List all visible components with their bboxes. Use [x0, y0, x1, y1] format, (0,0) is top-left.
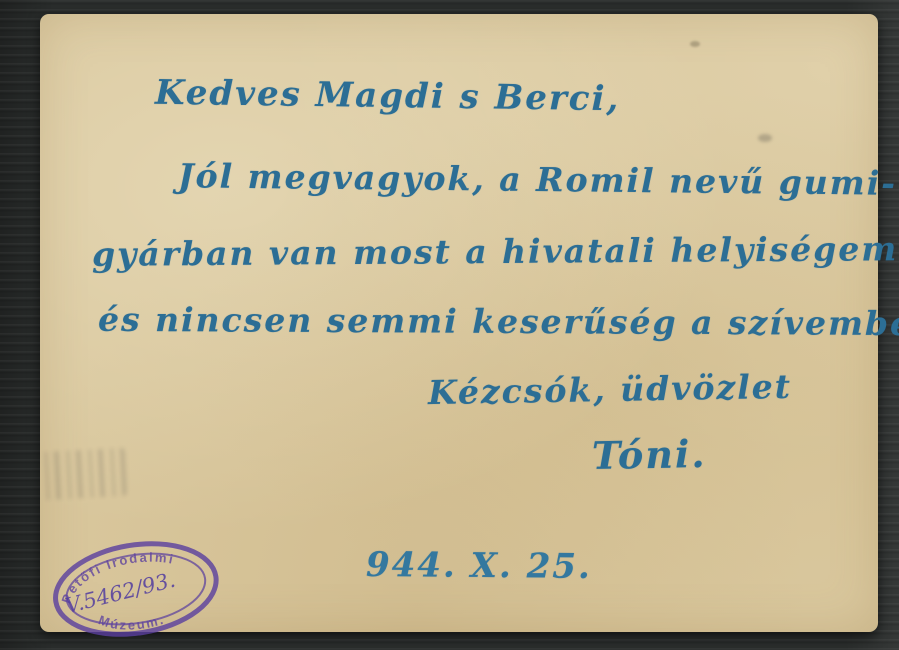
paper-speck	[690, 41, 700, 47]
ink-offset-smudge	[39, 448, 127, 500]
photo-background: Kedves Magdi s Berci, Jól megvagyok, a R…	[0, 0, 899, 650]
handwriting-line-2: Jól megvagyok, a Romil nevű gumi-	[178, 156, 897, 203]
handwriting-line-closing: Kézcsók, üdvözlet	[428, 367, 793, 412]
handwriting-line-4: és nincsen semmi keserűség a szívemben	[98, 300, 899, 343]
handwriting-line-greeting: Kedves Magdi s Berci,	[155, 73, 621, 119]
paper-speck	[758, 134, 772, 142]
signature: Tóni.	[592, 431, 707, 478]
museum-stamp: Petőfi Irodalmi Múzeum. V.5462/93.	[41, 527, 230, 650]
date-line: 944. X. 25.	[366, 545, 592, 587]
postcard: Kedves Magdi s Berci, Jól megvagyok, a R…	[40, 14, 878, 632]
handwriting-line-3: gyárban van most a hivatali helyiségem	[92, 229, 898, 274]
